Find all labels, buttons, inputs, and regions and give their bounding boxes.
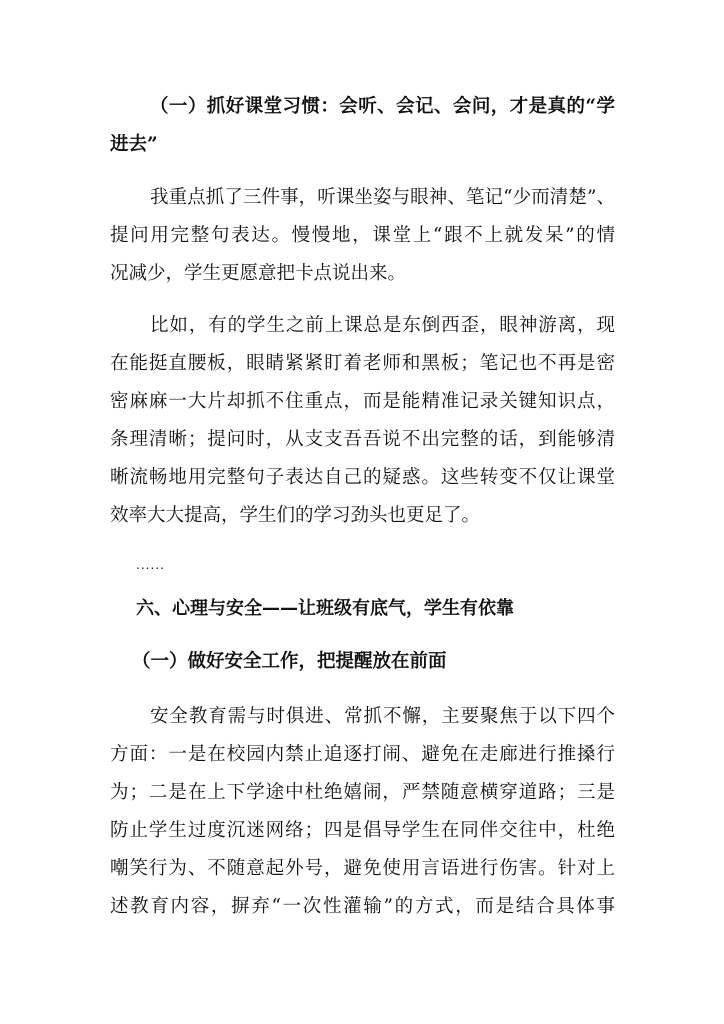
subheading-classroom-habits-line-2: 进去” [110,132,615,158]
paragraph-line: 在能挺直腰板，眼睛紧紧盯着老师和黑板；笔记也不再是密 [110,351,615,377]
paragraph-line: 晰流畅地用完整句子表达自己的疑惑。这些转变不仅让课堂 [110,465,615,491]
paragraph-line: 况减少，学生更愿意把卡点说出来。 [110,261,615,287]
subheading-classroom-habits-line-1: （一）抓好课堂习惯：会听、会记、会问，才是真的“学 [110,94,615,120]
paragraph-line: 方面：一是在校园内禁止追逐打闹、避免在走廊进行推搡行 [110,742,615,768]
subheading-safety-work: （一）做好安全工作，把提醒放在前面 [132,649,612,675]
paragraph-line: 我重点抓了三件事，听课坐姿与眼神、笔记“少而清楚”、 [110,185,615,211]
paragraph-line: 防止学生过度沉迷网络；四是倡导学生在同伴交往中，杜绝 [110,818,615,844]
paragraph-line: 条理清晰；提问时，从支支吾吾说不出完整的话，到能够清 [110,427,615,453]
section-heading-psychology-safety: 六、心理与安全——让班级有底气，学生有依靠 [136,596,616,622]
paragraph-line: 密麻麻一大片却抓不住重点，而是能精准记录关键知识点， [110,389,615,415]
paragraph-line: 效率大大提高，学生们的学习劲头也更足了。 [110,503,615,529]
paragraph-line: 为；二是在上下学途中杜绝嬉闹，严禁随意横穿道路；三是 [110,780,615,806]
ellipsis: ...... [136,552,196,578]
paragraph-line: 述教育内容，摒弃“一次性灌输”的方式，而是结合具体事 [110,894,615,920]
paragraph-line: 提问用完整句表达。慢慢地，课堂上“跟不上就发呆”的情 [110,223,615,249]
paragraph-line: 安全教育需与时俱进、常抓不懈，主要聚焦于以下四个 [110,704,615,730]
paragraph-line: 比如，有的学生之前上课总是东倒西歪，眼神游离，现 [110,313,615,339]
paragraph-line: 嘲笑行为、不随意起外号，避免使用言语进行伤害。针对上 [110,856,615,882]
